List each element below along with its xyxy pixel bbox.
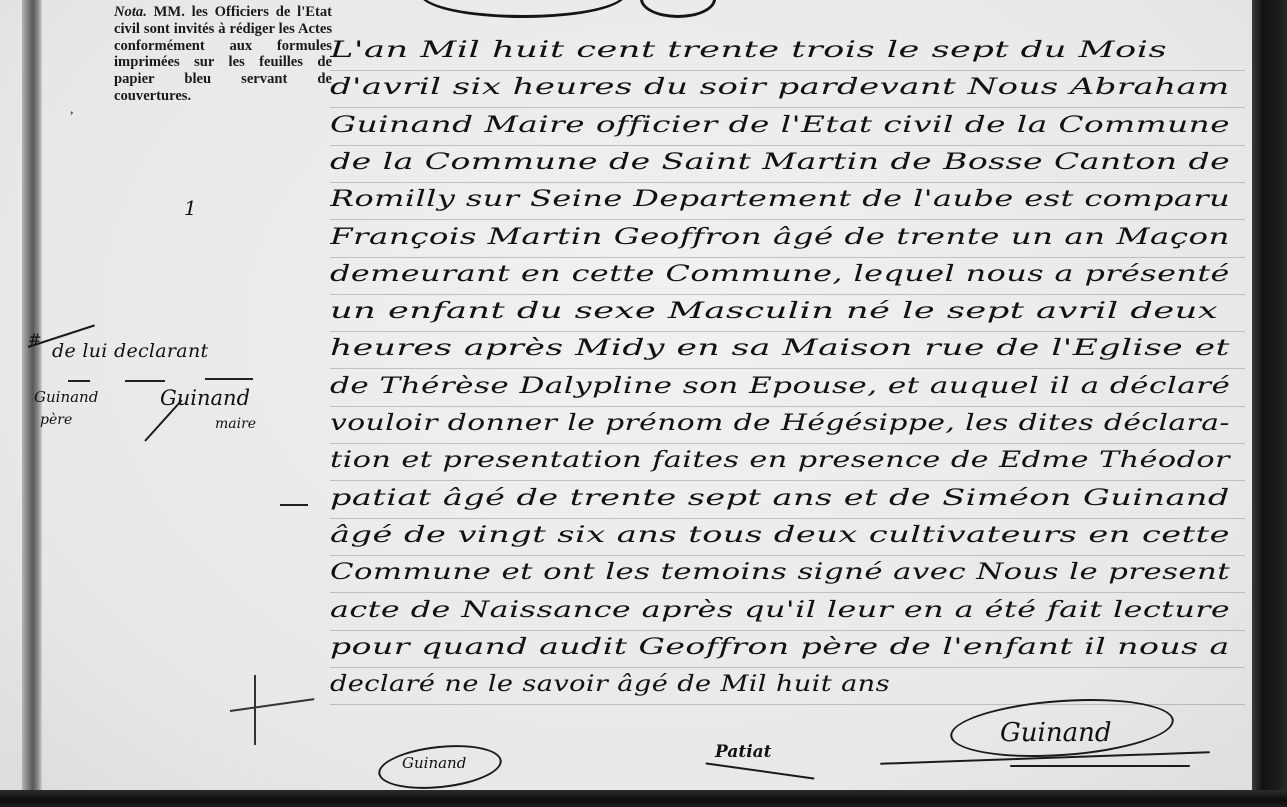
record-line-text: vouloir donner le prénom de Hégésippe, l… <box>330 409 1230 439</box>
record-line: de la Commune de Saint Martin de Bosse C… <box>330 148 1245 183</box>
margin-signature-pere: Guinand <box>34 388 98 406</box>
record-line-text: Guinand Maire officier de l'Etat civil d… <box>330 111 1230 141</box>
record-line-text: d'avril six heures du soir pardevant Nou… <box>330 73 1230 103</box>
margin-dash <box>68 380 90 382</box>
record-line: tion et presentation faites en presence … <box>330 446 1245 481</box>
signature-guinand-witness: Guinand <box>402 754 466 772</box>
record-line-text: pour quand audit Geoffron père de l'enfa… <box>330 633 1230 663</box>
nota-text: MM. les Officiers de l'Etat civil sont i… <box>114 4 332 104</box>
page-edge-bottom <box>0 790 1287 807</box>
margin-tick: , <box>70 102 74 118</box>
record-line-text: L'an Mil huit cent trente trois le sept … <box>330 36 1167 66</box>
record-line: Guinand Maire officier de l'Etat civil d… <box>330 111 1245 146</box>
record-line: patiat âgé de trente sept ans et de Simé… <box>330 484 1245 519</box>
record-line-text: demeurant en cette Commune, lequel nous … <box>330 260 1230 290</box>
record-line: de Thérèse Dalypline son Epouse, et auqu… <box>330 372 1245 407</box>
record-line-text: tion et presentation faites en presence … <box>330 446 1230 476</box>
record-line: Commune et ont les temoins signé avec No… <box>330 558 1245 593</box>
margin-signature-maire-role: maire <box>215 416 256 432</box>
record-line: Romilly sur Seine Departement de l'aube … <box>330 185 1245 220</box>
record-line: vouloir donner le prénom de Hégésippe, l… <box>330 409 1245 444</box>
record-line-text: âgé de vingt six ans tous deux cultivate… <box>330 521 1230 551</box>
entry-number: 1 <box>184 196 197 220</box>
record-line-text: François Martin Geoffron âgé de trente u… <box>330 223 1230 253</box>
record-line: âgé de vingt six ans tous deux cultivate… <box>330 521 1245 556</box>
record-line-text: heures après Midy en sa Maison rue de l'… <box>330 334 1230 364</box>
record-line-text: acte de Naissance après qu'il leur en a … <box>330 596 1230 626</box>
margin-signature-pere-role: père <box>40 412 72 428</box>
top-flourish <box>640 0 716 18</box>
record-line: heures après Midy en sa Maison rue de l'… <box>330 334 1245 369</box>
record-line: François Martin Geoffron âgé de trente u… <box>330 223 1245 258</box>
record-line: un enfant du sexe Masculin né le sept av… <box>330 297 1245 332</box>
signature-guinand-maire: Guinand <box>1000 718 1111 748</box>
margin-dash <box>280 504 308 506</box>
margin-annotation: de lui declarant <box>52 340 208 362</box>
record-line: d'avril six heures du soir pardevant Nou… <box>330 73 1245 108</box>
cross-mark <box>254 675 256 745</box>
record-line: pour quand audit Geoffron père de l'enfa… <box>330 633 1245 668</box>
margin-dash <box>205 378 253 380</box>
record-line-text: de Thérèse Dalypline son Epouse, et auqu… <box>330 372 1230 402</box>
margin-dash <box>125 380 165 382</box>
record-line-text: Commune et ont les temoins signé avec No… <box>330 558 1230 588</box>
cross-mark <box>230 698 314 711</box>
record-line-text: Romilly sur Seine Departement de l'aube … <box>330 185 1230 215</box>
record-line-text: declaré ne le savoir âgé de Mil huit ans <box>330 670 890 700</box>
document-page: Nota. MM. les Officiers de l'Etat civil … <box>0 0 1287 807</box>
nota-label: Nota. <box>114 4 147 20</box>
record-line-text: un enfant du sexe Masculin né le sept av… <box>330 297 1218 327</box>
signature-swash <box>705 762 814 779</box>
page-edge-right <box>1252 0 1287 807</box>
record-line: L'an Mil huit cent trente trois le sept … <box>330 36 1245 71</box>
signature-patiat: Patiat <box>715 742 772 762</box>
margin-insert-mark: # <box>28 330 42 349</box>
signature-underline <box>1010 765 1190 767</box>
record-line: demeurant en cette Commune, lequel nous … <box>330 260 1245 295</box>
top-flourish <box>420 0 626 18</box>
record-line-text: de la Commune de Saint Martin de Bosse C… <box>330 148 1230 178</box>
printed-nota: Nota. MM. les Officiers de l'Etat civil … <box>114 4 332 105</box>
record-line-text: patiat âgé de trente sept ans et de Simé… <box>330 484 1230 514</box>
record-line: acte de Naissance après qu'il leur en a … <box>330 596 1245 631</box>
